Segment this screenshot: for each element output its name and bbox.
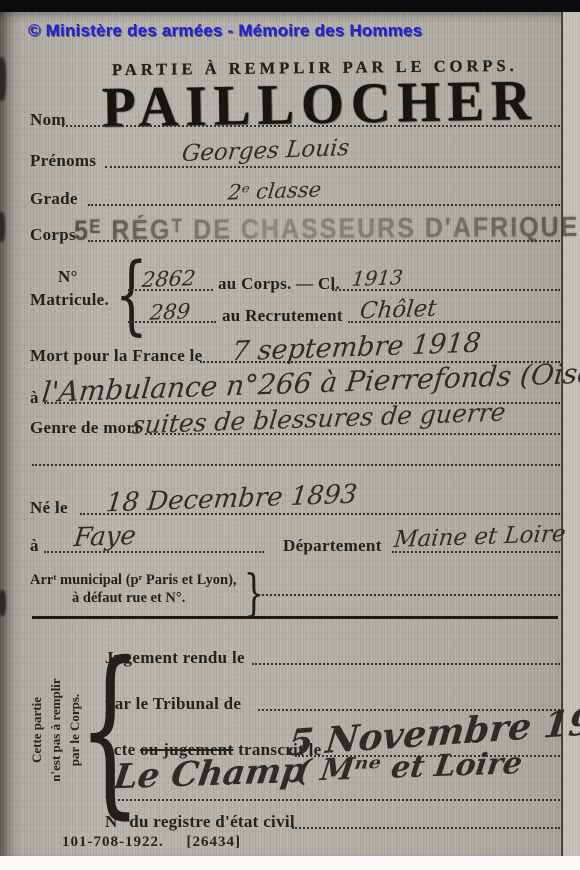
departement-value: Maine et Loire [393,521,567,553]
arrondissement-label-1: Arrᵗ municipal (pʳ Paris et Lyon), [30,572,237,589]
arrondissement-brace: } [244,568,265,618]
matricule-recr-value: 289 [149,299,192,325]
naissance-lieu-label: à [30,536,39,556]
scan-artifact [0,57,6,101]
surname-stamp: PAILLOCHER [101,67,538,140]
tribunal-label: par le Tribunal de [105,694,241,714]
section-divider [32,616,558,619]
matricule-label: Matricule. [30,290,109,310]
print-reference-bracket: [26434] [187,834,242,850]
prenoms-value: Georges Louis [181,135,351,167]
naissance-label: Né le [30,498,68,518]
lieu-mort-label: à [30,388,39,408]
empty-line [32,464,560,466]
arrondissement-line [258,594,560,596]
sidebar-note-line1: Cette partie [28,645,47,815]
scan-bottom-margin [0,856,580,870]
nom-line [62,125,560,127]
scan-artifact [0,590,6,616]
recrutement-lieu-value: Chôlet [359,296,438,325]
scan-artifact [0,212,5,242]
document-scan: © Ministère des armées - Mémoire des Hom… [0,0,580,870]
classe-value: 1913 [351,265,404,291]
prenoms-label: Prénoms [30,151,96,171]
print-reference: 101-708-1922. [26434] [62,834,241,851]
au-recrutement-label: au Recrutement [222,306,343,326]
departement-label: Département [283,536,382,556]
transcription-lieu-departement: ( Mⁿᵉ et Loire [294,746,525,789]
jugement-line [252,663,560,665]
watermark: © Ministère des armées - Mémoire des Hom… [28,21,422,41]
grade-line [88,204,560,206]
sidebar-note-line2: n'est pas à remplir [47,645,66,815]
transcription-lieu-line [118,799,560,801]
record-page: © Ministère des armées - Mémoire des Hom… [0,12,580,856]
print-reference-number: 101-708-1922. [62,834,164,850]
registre-line [292,827,560,829]
mort-label: Mort pour la France le [30,346,202,366]
corps-label: Corps [30,225,76,245]
matricule-brace: { [115,252,148,338]
nom-label: Nom [30,110,66,130]
grade-label: Grade [30,189,78,209]
naissance-lieu-value: Faye [72,521,137,553]
jugement-label: Jugement rendu le [105,648,245,668]
arrondissement-label-2: à défaut rue et N°. [72,590,185,607]
au-corps-label: au Corps. — Cl. [218,274,340,294]
grade-value: 2ᵉ classe [227,177,323,204]
genre-mort-label: Genre de mort [30,418,140,438]
prenoms-line [105,166,560,168]
transcription-lieu-value: Le Champ [111,751,307,798]
scan-top-border [0,0,580,12]
corps-stamp-value: 5ᴱ RÉGᵀ DE CHASSEURS D'AFRIQUE [74,211,580,247]
registre-label: N° du registre d'état civil [105,812,295,832]
matricule-corps-value: 2862 [141,266,197,292]
matricule-label-no: N° [58,267,78,287]
